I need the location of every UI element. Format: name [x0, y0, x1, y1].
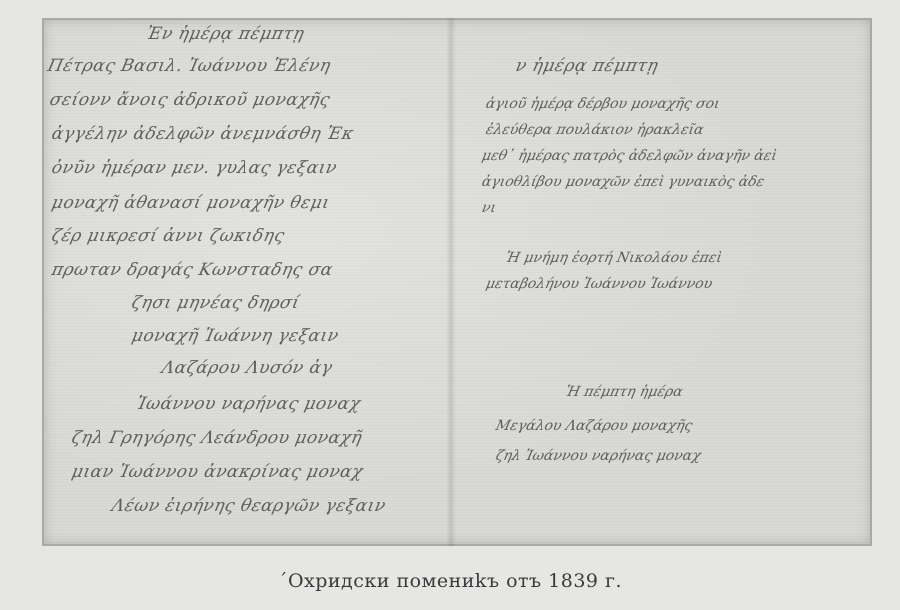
manuscript-line: Ἡ πέμπτη ἡμέρα — [564, 384, 684, 400]
manuscript-line: νι — [480, 200, 497, 216]
manuscript-line: μοναχῆ Ἰωάννη γεξαιν — [130, 326, 341, 346]
manuscript-line: Πέτρας Βασιλ. Ἰωάννου Ἑλένη — [46, 56, 333, 76]
manuscript-line: Μεγάλου Λαζάρου μοναχῆς — [494, 418, 694, 434]
manuscript-line: σείονν ἄνοις ἀδρικοῦ μοναχῆς — [48, 90, 332, 110]
manuscript-line: ζηλ Ἰωάννου ναρήνας μοναχ — [494, 448, 702, 464]
manuscript-line: ν ἡμέρᾳ πέμπτῃ — [514, 56, 660, 76]
manuscript-line: ἀγιοθλίβου μοναχῶν ἐπεὶ γυναικὸς ἀδε — [480, 174, 766, 190]
left-page: Ἐν ἡμέρᾳ πέμπτῃ Πέτρας Βασιλ. Ἰωάννου Ἑλ… — [42, 18, 446, 546]
manuscript-line: Ἐν ἡμέρᾳ πέμπτῃ — [145, 24, 306, 44]
page-fold — [446, 18, 456, 546]
manuscript-line: Λαζάρου Λυσόν ἀγ — [160, 358, 335, 378]
manuscript-line: ἀγγέλην ἀδελφῶν ἀνεμνάσθη Ἐκ — [50, 124, 356, 144]
manuscript-line: ὀνῦν ἡμέραν μεν. γυλας γεξαιν — [50, 158, 339, 178]
manuscript-line: Ἡ μνήμη ἐορτή Νικολάου ἐπεὶ — [504, 250, 723, 266]
manuscript-line: πρωταν δραγάς Κωνσταδης σα — [50, 260, 335, 280]
manuscript-line: Λέων ἐιρήνης θεαργῶν γεξαιν — [110, 496, 388, 516]
manuscript-line: ἐλεύθερα πουλάκιον ἠρακλεῖα — [484, 122, 705, 138]
right-page: ν ἡμέρᾳ πέμπτῃ ἀγιοῦ ἡμέρᾳ δέρβου μοναχῆ… — [456, 18, 872, 546]
manuscript-line: ζησι μηνέας δηρσί — [130, 293, 302, 313]
manuscript-line: μεθ᾽ ἡμέρας πατρὸς ἀδελφῶν ἀναγῆν ἀεὶ — [480, 148, 778, 164]
manuscript-line: ζηλ Γρηγόρης Λεάνδρου μοναχῆ — [70, 428, 364, 448]
manuscript-plate: Ἐν ἡμέρᾳ πέμπτῃ Πέτρας Βασιλ. Ἰωάννου Ἑλ… — [42, 18, 872, 546]
manuscript-line: ζέρ μικρεσί ἀννι ζωκιδης — [50, 226, 287, 246]
manuscript-line: μοναχῆ ἀθανασί μοναχῆν θεμι — [50, 193, 332, 213]
manuscript-line: μιαν Ἰωάννου ἀνακρίνας μοναχ — [70, 462, 365, 482]
manuscript-line: Ἰωάννου ναρήνας μοναχ — [135, 394, 363, 414]
manuscript-line: ἀγιοῦ ἡμέρᾳ δέρβου μοναχῆς σοι — [484, 96, 721, 112]
figure-caption: ´Охридски помениkъ отъ 1839 г. — [0, 570, 900, 592]
manuscript-line: μεταβολήνου Ἰωάννου Ἰωάννου — [484, 276, 714, 292]
